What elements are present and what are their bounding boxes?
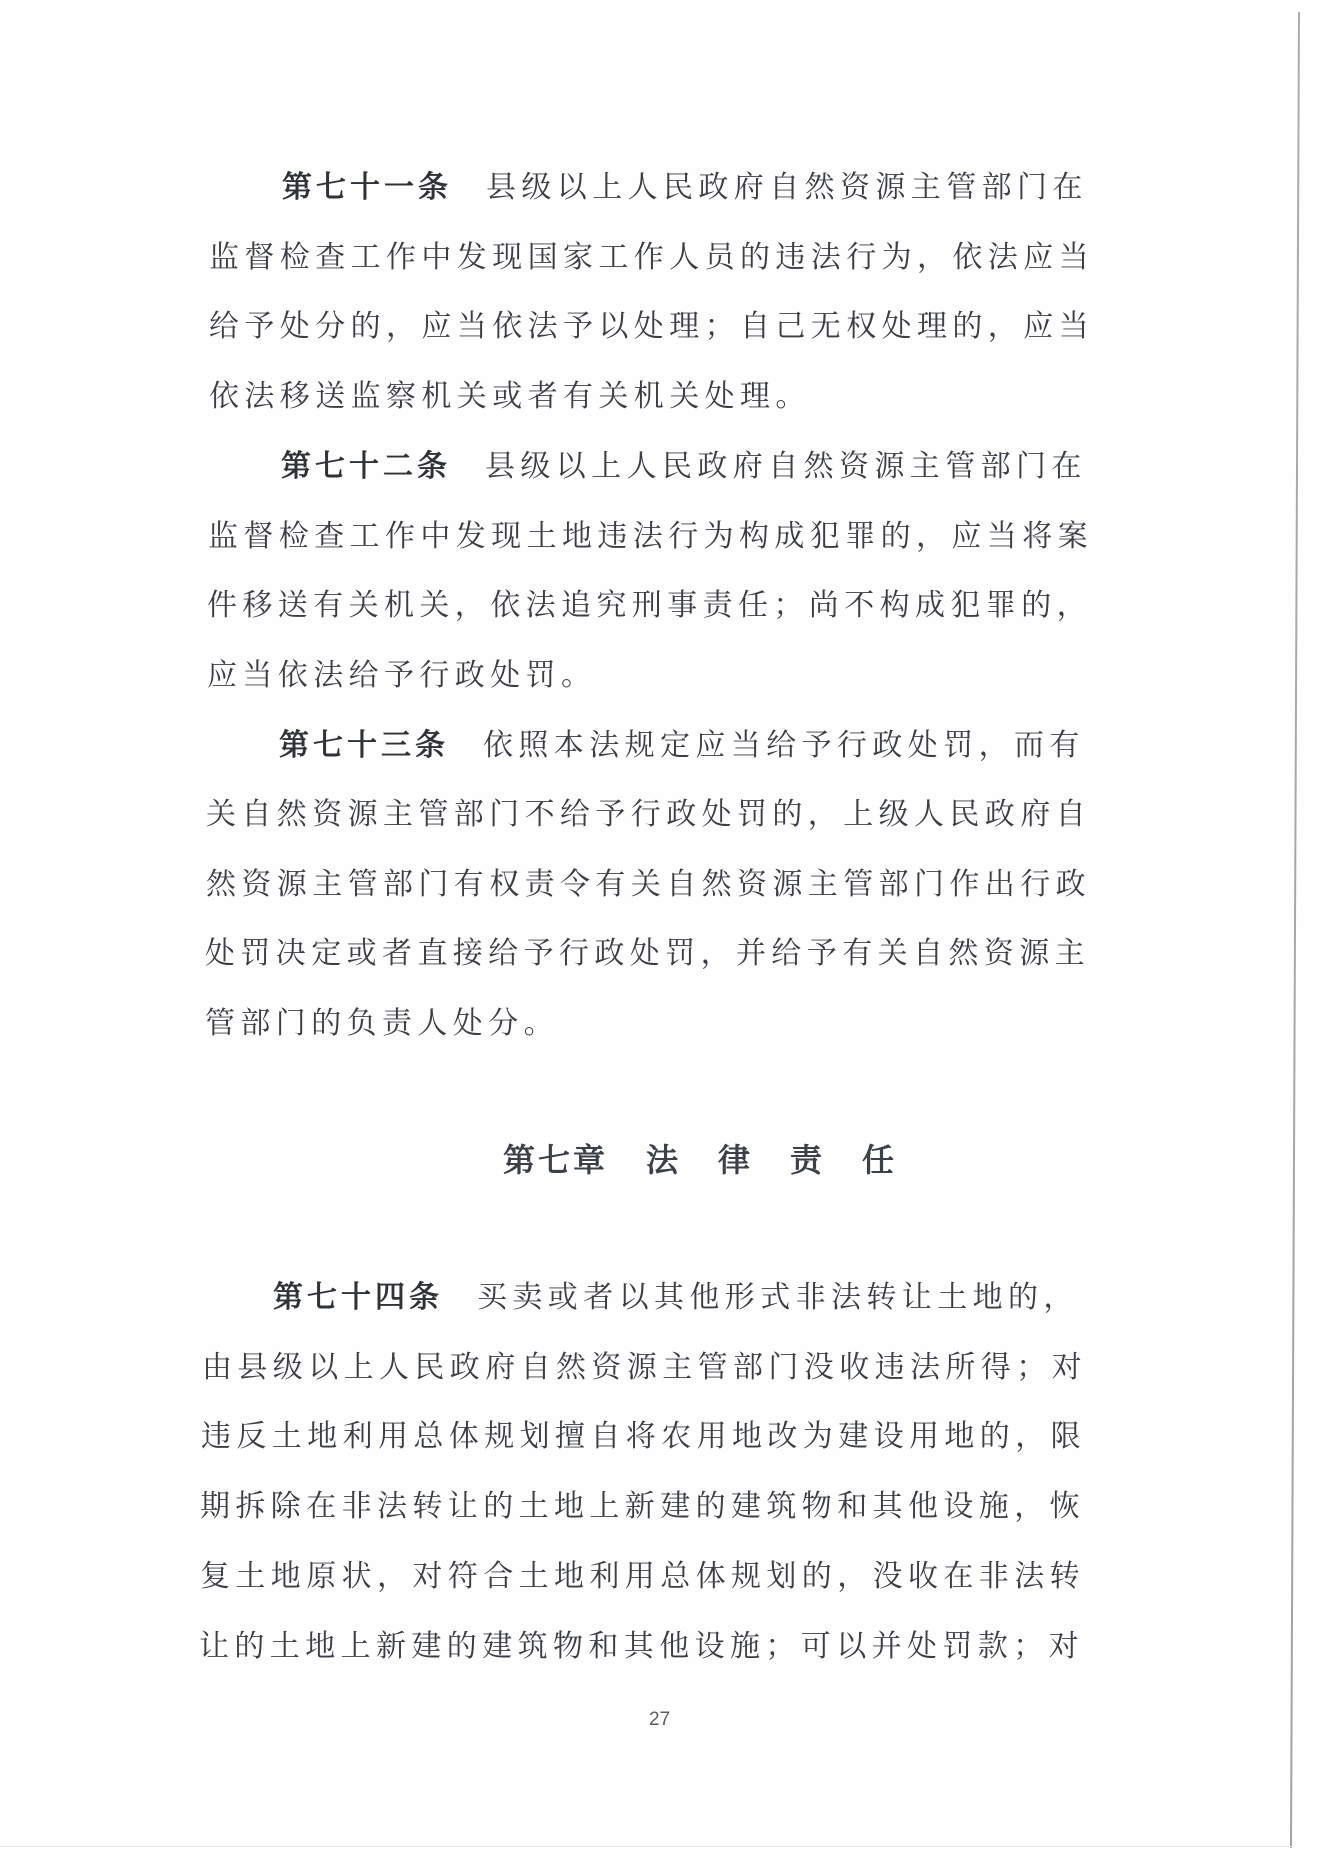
article-72-line-1: 第七十二条县级以上人民政府自然资源主管部门在 — [281, 447, 1087, 487]
article-74-line-5: 复土地原状，对符合土地利用总体规划的，没收在非法转 — [200, 1557, 1085, 1597]
article-73-line-1: 第七十三条依照本法规定应当给予行政处罚，而有 — [279, 726, 1085, 766]
article-73-line-3: 然资源主管部门有权责令有关自然资源主管部门作出行政 — [206, 865, 1091, 905]
article-74-line-3: 违反土地利用总体规划擅自将农用地改为建设用地的，限 — [201, 1417, 1086, 1457]
page-number: 27 — [649, 1708, 670, 1732]
chapter-number: 第七章 — [503, 1141, 608, 1179]
article-71-label: 第七十一条 — [282, 170, 452, 205]
article-73-line-2: 关自然资源主管部门不给予行政处罚的，上级人民政府自 — [206, 795, 1091, 835]
article-72-line-4: 应当依法给予行政处罚。 — [207, 656, 596, 696]
article-74-line-1: 第七十四条买卖或者以其他形式非法转让土地的， — [273, 1278, 1079, 1318]
article-74-line-4: 期拆除在非法转让的土地上新建的建筑物和其他设施，恢 — [200, 1487, 1085, 1527]
article-71-text: 县级以上人民政府自然资源主管部门在 — [486, 170, 1088, 205]
article-73-label: 第七十三条 — [279, 728, 449, 763]
article-73-text: 依照本法规定应当给予行政处罚，而有 — [483, 728, 1085, 763]
article-74-line-2: 由县级以上人民政府自然资源主管部门没收违法所得；对 — [202, 1348, 1087, 1388]
article-74-line-6: 让的土地上新建的建筑物和其他设施；可以并处罚款；对 — [199, 1627, 1084, 1667]
article-71-line-3: 给予处分的，应当依法予以处理；自己无权处理的，应当 — [209, 307, 1094, 347]
article-71-line-2: 监督检查工作中发现国家工作人员的违法行为，依法应当 — [209, 238, 1094, 278]
scan-edge-vertical — [1290, 12, 1300, 1848]
article-72-label: 第七十二条 — [281, 449, 451, 484]
article-72-line-3: 件移送有关机关，依法追究刑事责任；尚不构成犯罪的， — [207, 586, 1092, 626]
scan-edge-horizontal — [0, 1846, 1292, 1847]
document-page: 第七十一条县级以上人民政府自然资源主管部门在 监督检查工作中发现国家工作人员的违… — [0, 0, 1324, 1872]
article-74-label: 第七十四条 — [273, 1280, 443, 1315]
article-74-text: 买卖或者以其他形式非法转让土地的， — [477, 1280, 1079, 1315]
chapter-heading: 第七章法律责任 — [503, 1140, 934, 1180]
article-72-line-2: 监督检查工作中发现土地违法行为构成犯罪的，应当将案 — [208, 517, 1093, 557]
article-73-line-5: 管部门的负责人处分。 — [205, 1004, 559, 1044]
article-73-line-4: 处罚决定或者直接给予行政处罚，并给予有关自然资源主 — [205, 934, 1090, 974]
article-72-text: 县级以上人民政府自然资源主管部门在 — [485, 449, 1087, 484]
chapter-title: 法律责任 — [646, 1141, 934, 1179]
article-71-line-4: 依法移送监察机关或者有关机关处理。 — [209, 377, 811, 417]
article-71-line-1: 第七十一条县级以上人民政府自然资源主管部门在 — [282, 168, 1088, 208]
